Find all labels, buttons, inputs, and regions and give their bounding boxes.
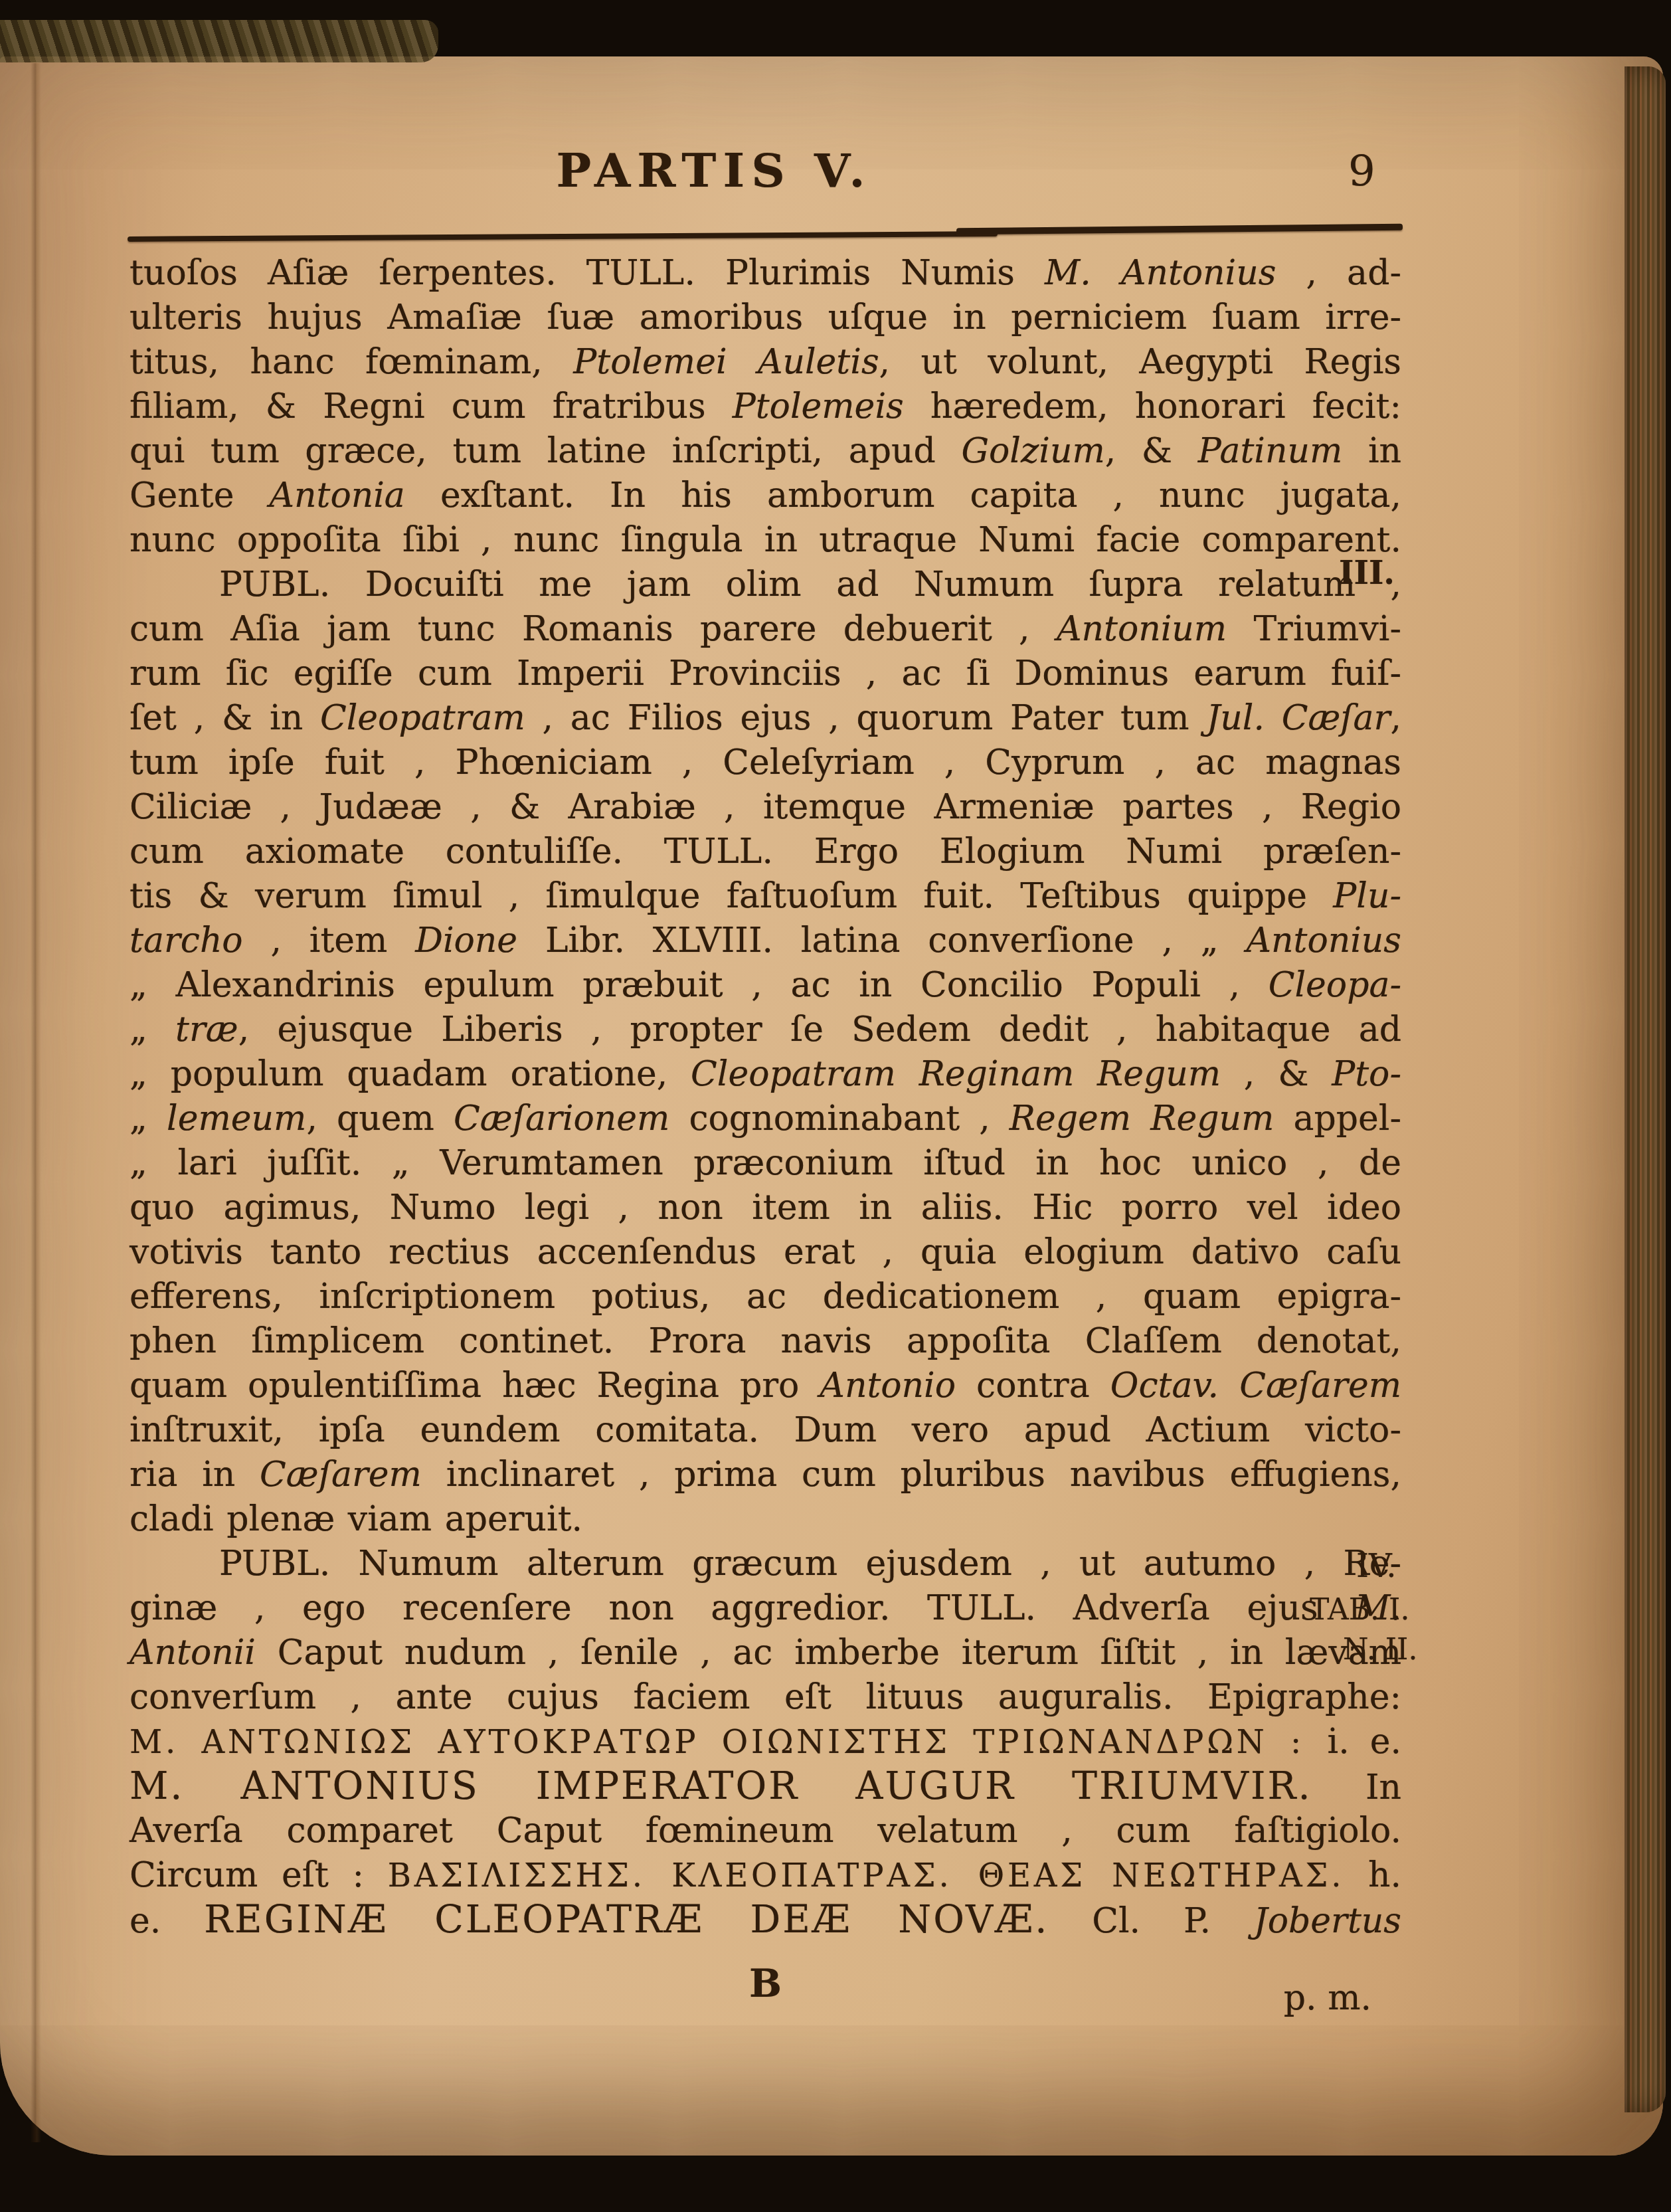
body-text: , ut volunt, Aegypti Regis	[879, 342, 1401, 382]
text-line: nunc oppoſita ſibi , nunc ſingula in utr…	[130, 518, 1401, 563]
text-line: „ Alexandrinis epulum præbuit , ac in Co…	[130, 963, 1401, 1008]
body-text: Libr. XLVIII. latina converſione , „	[517, 921, 1246, 961]
body-text: „	[130, 1010, 175, 1050]
italic-text: Regem Regum	[1010, 1099, 1274, 1139]
text-block: tuoſos Aſiæ ſerpentes. TULL. Plurimis Nu…	[130, 251, 1401, 1942]
body-text: i. e.	[1328, 1722, 1401, 1762]
italic-text: Jul. Cæſar	[1206, 698, 1390, 738]
text-line: tum ipſe fuit , Phœniciam , Celeſyriam ,…	[130, 741, 1401, 785]
body-text: tum ipſe fuit , Phœniciam , Celeſyriam ,…	[130, 743, 1401, 783]
text-line: Gente Antonia exſtant. In his amborum ca…	[130, 474, 1401, 518]
text-line: „ populum quadam oratione, Cleopatram Re…	[130, 1052, 1401, 1097]
text-line: titus, hanc fœminam, Ptolemei Auletis, u…	[130, 340, 1401, 385]
body-text: efferens, inſcriptionem potius, ac dedic…	[130, 1277, 1401, 1317]
body-text: Cl. P.	[1049, 1901, 1254, 1941]
body-text: converſum , ante cujus faciem eſt lituus…	[130, 1677, 1401, 1717]
body-text: Triumvi-	[1227, 609, 1401, 649]
body-text: M. ANTONIUS IMPERATOR AUGUR TRIUMVIR.	[130, 1764, 1312, 1808]
italic-text: Cleopatram	[320, 698, 525, 738]
body-text: Ciliciæ , Judææ , & Arabiæ , itemque Arm…	[130, 787, 1401, 827]
body-text: PUBL. Numum alterum græcum ejusdem , ut …	[219, 1544, 1401, 1584]
body-text: quam opulentiſſima hæc Regina pro	[130, 1366, 820, 1406]
body-text: contra	[956, 1366, 1110, 1406]
gutter-crease	[31, 63, 41, 2142]
margin-note-n-ii: N. II.	[1343, 1633, 1417, 1667]
body-text: quo agimus, Numo legi , non item in alii…	[130, 1188, 1401, 1228]
body-text: PUBL. Docuiſti me jam olim ad Numum ſupr…	[219, 565, 1401, 604]
text-line: inſtruxit, ipſa eundem comitata. Dum ver…	[130, 1408, 1401, 1453]
body-text: hæredem, honorari fecit:	[904, 387, 1401, 426]
body-text: , item	[243, 921, 416, 961]
body-text: tis & verum ſimul , ſimulque faſtuoſum f…	[130, 876, 1333, 916]
italic-text: Pto-	[1332, 1054, 1401, 1094]
body-text: , ad-	[1276, 253, 1401, 293]
greek-inscription: Μ. ΑΝΤΩΝΙΩΣ ΑΥΤΟΚΡΑΤΩΡ ΟΙΩΝΙΣΤΗΣ ΤΡΙΩΝΑΝ…	[130, 1724, 1328, 1761]
body-text: , quem	[306, 1099, 454, 1139]
body-text: Circum eſt :	[130, 1855, 388, 1895]
greek-inscription: ΒΑΣΙΛΙΣΣΗΣ. ΚΛΕΟΠΑΤΡΑΣ. ΘΕΑΣ ΝΕΩΤΗΡΑΣ.	[388, 1857, 1345, 1894]
body-text: inclinaret , prima cum pluribus navibus …	[422, 1455, 1401, 1495]
text-line: filiam, & Regni cum fratribus Ptolemeis …	[130, 385, 1401, 429]
text-line: cladi plenæ viam aperuit.	[130, 1497, 1401, 1542]
text-line: rum ſic egiſſe cum Imperii Provinciis , …	[130, 652, 1401, 696]
margin-note-tab-i: TAB. I.	[1310, 1593, 1409, 1627]
body-text: Averſa comparet Caput fœmineum velatum ,…	[130, 1811, 1401, 1851]
body-text: cladi plenæ viam aperuit.	[130, 1499, 582, 1539]
text-line: ria in Cæſarem inclinaret , prima cum pl…	[130, 1453, 1401, 1497]
text-line: Averſa comparet Caput fœmineum velatum ,…	[130, 1809, 1401, 1853]
page-number: 9	[1348, 147, 1375, 197]
margin-note-iv: IV.	[1356, 1548, 1397, 1585]
italic-text: Cleopa-	[1269, 965, 1401, 1005]
text-line: e. REGINÆ CLEOPATRÆ DEÆ NOVÆ. Cl. P. Job…	[130, 1898, 1401, 1942]
text-line: quam opulentiſſima hæc Regina pro Antoni…	[130, 1364, 1401, 1408]
body-text: Gente	[130, 476, 270, 515]
body-text: cum axiomate contuliſſe. TULL. Ergo Elog…	[130, 832, 1401, 872]
italic-text: lemeum	[167, 1099, 306, 1139]
margin-note-iii: III.	[1339, 555, 1395, 592]
body-text: ſet , & in	[130, 698, 320, 738]
text-line: M. ANTONIUS IMPERATOR AUGUR TRIUMVIR. In	[130, 1764, 1401, 1809]
italic-text: M. Antonius	[1045, 253, 1276, 293]
text-line: cum axiomate contuliſſe. TULL. Ergo Elog…	[130, 830, 1401, 874]
body-text: , ac Filios ejus , quorum Pater tum	[525, 698, 1207, 738]
italic-text: tarcho	[130, 921, 243, 961]
body-text: , &	[1221, 1054, 1332, 1094]
signature-mark: B	[130, 1961, 1401, 2006]
text-line: „ lemeum, quem Cæſarionem cognominabant …	[130, 1097, 1401, 1141]
text-line: tuoſos Aſiæ ſerpentes. TULL. Plurimis Nu…	[130, 251, 1401, 296]
body-text: tuoſos Aſiæ ſerpentes. TULL. Plurimis Nu…	[130, 253, 1045, 293]
body-text: inſtruxit, ipſa eundem comitata. Dum ver…	[130, 1410, 1401, 1450]
italic-text: Antonio	[820, 1366, 956, 1406]
text-line: PUBL. Numum alterum græcum ejusdem , ut …	[130, 1542, 1401, 1586]
body-text: appel-	[1274, 1099, 1401, 1139]
body-text: exſtant. In his amborum capita , nunc ju…	[405, 476, 1401, 515]
body-text: „ lari juſſit. „ Verumtamen præconium iſ…	[130, 1143, 1401, 1183]
body-text: cum Aſia jam tunc Romanis parere debueri…	[130, 609, 1057, 649]
text-line: qui tum græce, tum latine inſcripti, apu…	[130, 429, 1401, 474]
body-text: cognominabant ,	[669, 1099, 1010, 1139]
italic-text: Ptolemeis	[733, 387, 904, 426]
italic-text: Dione	[415, 921, 517, 961]
text-line: votivis tanto rectius accenſendus erat ,…	[130, 1230, 1401, 1275]
text-line: Μ. ΑΝΤΩΝΙΩΣ ΑΥΤΟΚΡΑΤΩΡ ΟΙΩΝΙΣΤΗΣ ΤΡΙΩΝΑΝ…	[130, 1720, 1401, 1764]
body-text: ulteris hujus Amaſiæ ſuæ amoribus uſque …	[130, 298, 1401, 337]
body-text: qui tum græce, tum latine inſcripti, apu…	[130, 431, 961, 471]
body-text: „ populum quadam oratione,	[130, 1054, 691, 1094]
body-text: ginæ , ego recenſere non aggredior. TULL…	[130, 1588, 1355, 1628]
text-line: converſum , ante cujus faciem eſt lituus…	[130, 1675, 1401, 1720]
body-text: in	[1342, 431, 1401, 471]
italic-text: Ptolemei Auletis	[573, 342, 879, 382]
italic-text: træ	[175, 1010, 238, 1050]
italic-text: Cleopatram Reginam Regum	[691, 1054, 1221, 1094]
body-text: In	[1312, 1768, 1401, 1807]
italic-text: Antonius	[1246, 921, 1401, 961]
body-text: , &	[1105, 431, 1198, 471]
text-line: PUBL. Docuiſti me jam olim ad Numum ſupr…	[130, 563, 1401, 607]
italic-text: Antonia	[270, 476, 405, 515]
text-line: Circum eſt : ΒΑΣΙΛΙΣΣΗΣ. ΚΛΕΟΠΑΤΡΑΣ. ΘΕΑ…	[130, 1853, 1401, 1898]
italic-text: Antonii	[130, 1633, 278, 1673]
text-line: quo agimus, Numo legi , non item in alii…	[130, 1186, 1401, 1230]
italic-text: Cæſarionem	[454, 1099, 669, 1139]
text-line: „ lari juſſit. „ Verumtamen præconium iſ…	[130, 1141, 1401, 1186]
body-text: h.	[1344, 1855, 1401, 1895]
text-line: tis & verum ſimul , ſimulque faſtuoſum f…	[130, 874, 1401, 919]
italic-text: Antonium	[1057, 609, 1227, 649]
body-text: REGINÆ CLEOPATRÆ DEÆ NOVÆ.	[204, 1898, 1049, 1942]
body-text: nunc oppoſita ſibi , nunc ſingula in utr…	[130, 520, 1401, 560]
italic-text: Patinum	[1198, 431, 1342, 471]
signature-row: B p. m.	[130, 1961, 1401, 2034]
body-text: titus, hanc fœminam,	[130, 342, 573, 382]
text-line: „ træ, ejusque Liberis , propter ſe Sede…	[130, 1008, 1401, 1052]
body-text: Caput nudum , ſenile , ac imberbe iterum…	[278, 1633, 1401, 1673]
book-scan: PARTIS V. 9 tuoſos Aſiæ ſerpentes. TULL.…	[0, 0, 1671, 2212]
body-text: ria in	[130, 1455, 260, 1495]
page-title: PARTIS V.	[130, 143, 1298, 198]
body-text: „ Alexandrinis epulum præbuit , ac in Co…	[130, 965, 1269, 1005]
text-line: tarcho , item Dione Libr. XLVIII. latina…	[130, 919, 1401, 963]
body-text: e.	[130, 1901, 204, 1941]
text-line: ſet , & in Cleopatram , ac Filios ejus ,…	[130, 696, 1401, 741]
book-fore-edge	[1625, 66, 1666, 2112]
text-line: Antonii Caput nudum , ſenile , ac imberb…	[130, 1631, 1401, 1675]
body-text: filiam, & Regni cum fratribus	[130, 387, 733, 426]
binding-cloth-edge	[0, 20, 438, 62]
body-text: rum ſic egiſſe cum Imperii Provinciis , …	[130, 654, 1401, 693]
italic-text: Plu-	[1333, 876, 1401, 916]
text-line: ulteris hujus Amaſiæ ſuæ amoribus uſque …	[130, 296, 1401, 340]
text-line: cum Aſia jam tunc Romanis parere debueri…	[130, 607, 1401, 652]
text-line: phen ſimplicem continet. Prora navis app…	[130, 1319, 1401, 1364]
text-line: Ciliciæ , Judææ , & Arabiæ , itemque Arm…	[130, 785, 1401, 830]
body-text: „	[130, 1099, 167, 1139]
text-line: efferens, inſcriptionem potius, ac dedic…	[130, 1275, 1401, 1319]
body-text: votivis tanto rectius accenſendus erat ,…	[130, 1232, 1401, 1272]
italic-text: Golzium	[961, 431, 1104, 471]
italic-text: Octav. Cæſarem	[1110, 1366, 1401, 1406]
italic-text: Jobertus	[1254, 1901, 1401, 1941]
text-line: ginæ , ego recenſere non aggredior. TULL…	[130, 1586, 1401, 1631]
body-text: , ejusque Liberis , propter ſe Sedem ded…	[238, 1010, 1401, 1050]
italic-text: Cæſarem	[260, 1455, 422, 1495]
catchword: p. m.	[1284, 1978, 1371, 2018]
body-text: ,	[1390, 698, 1401, 738]
body-text: phen ſimplicem continet. Prora navis app…	[130, 1321, 1401, 1361]
